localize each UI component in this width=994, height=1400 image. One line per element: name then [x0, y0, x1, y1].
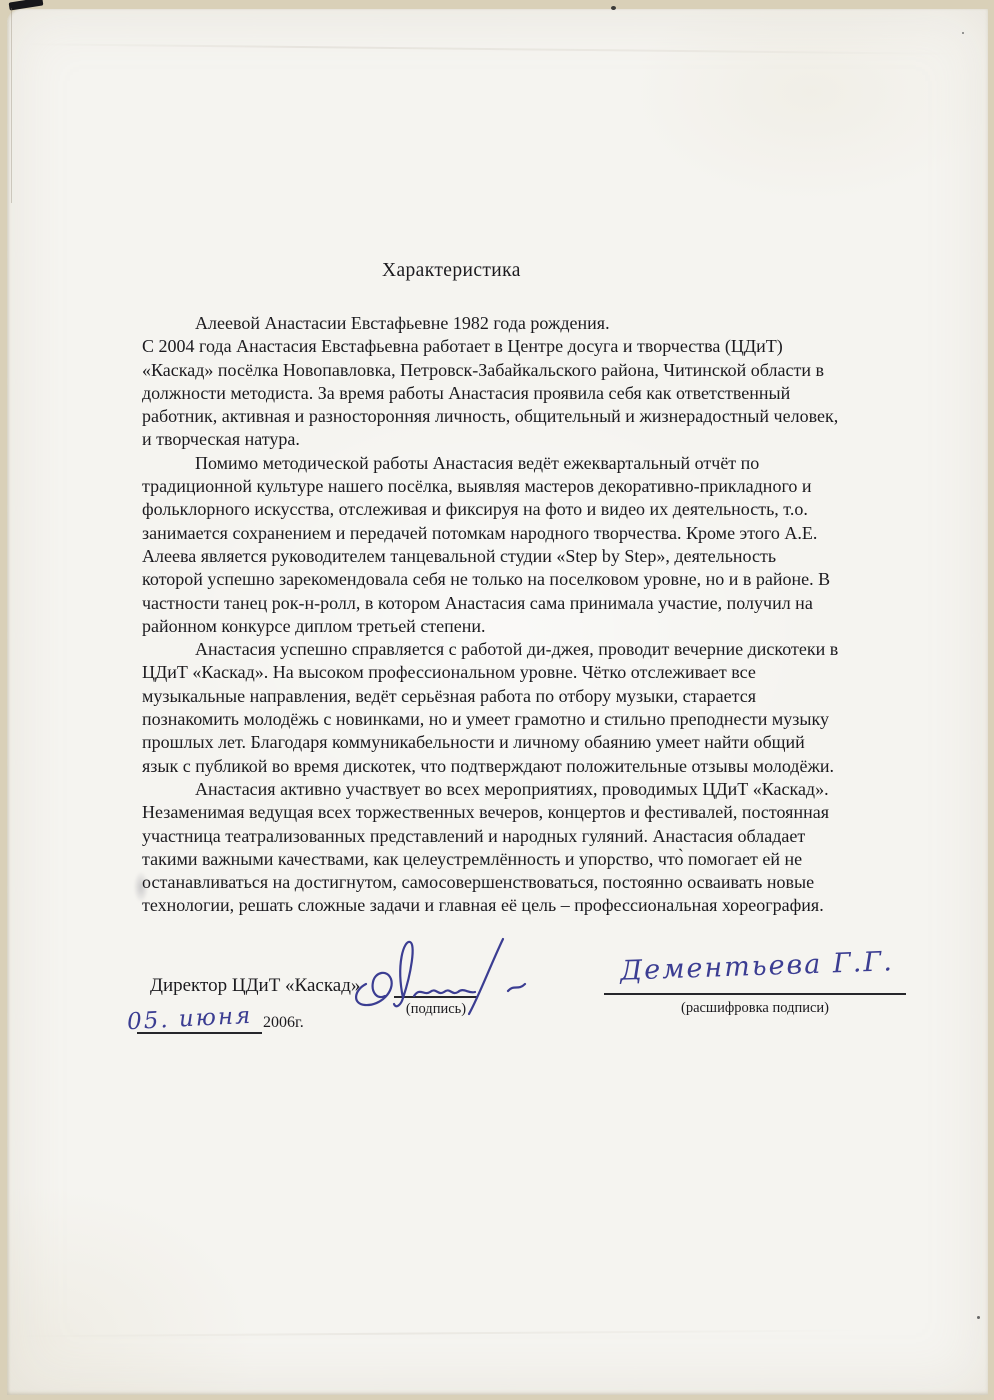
scan-speck: [977, 1316, 980, 1319]
director-role-label: Директор ЦДиТ «Каскад»: [150, 975, 360, 997]
paragraph-1: Алеевой Анастасии Евстафьевне 1982 года …: [142, 312, 942, 452]
signature-caption: (подпись): [380, 1001, 492, 1018]
paragraph-2: Помимо методической работы Анастасия вед…: [142, 452, 942, 638]
typed-year: 2006г.: [263, 1014, 304, 1032]
paragraph-4: Анастасия активно участвует во всех меро…: [142, 778, 942, 918]
paragraph-3: Анастасия успешно справляется с работой …: [142, 638, 942, 778]
decryption-caption: (расшифровка подписи): [604, 1000, 906, 1017]
document-body: Алеевой Анастасии Евстафьевне 1982 года …: [142, 312, 942, 918]
scanned-document-page: { "document": { "title": "Характеристика…: [0, 0, 994, 1400]
scan-speck: [962, 32, 964, 34]
document-title: Характеристика: [382, 260, 521, 282]
paper-edge-line: [11, 8, 12, 203]
scan-speck: [611, 6, 616, 10]
